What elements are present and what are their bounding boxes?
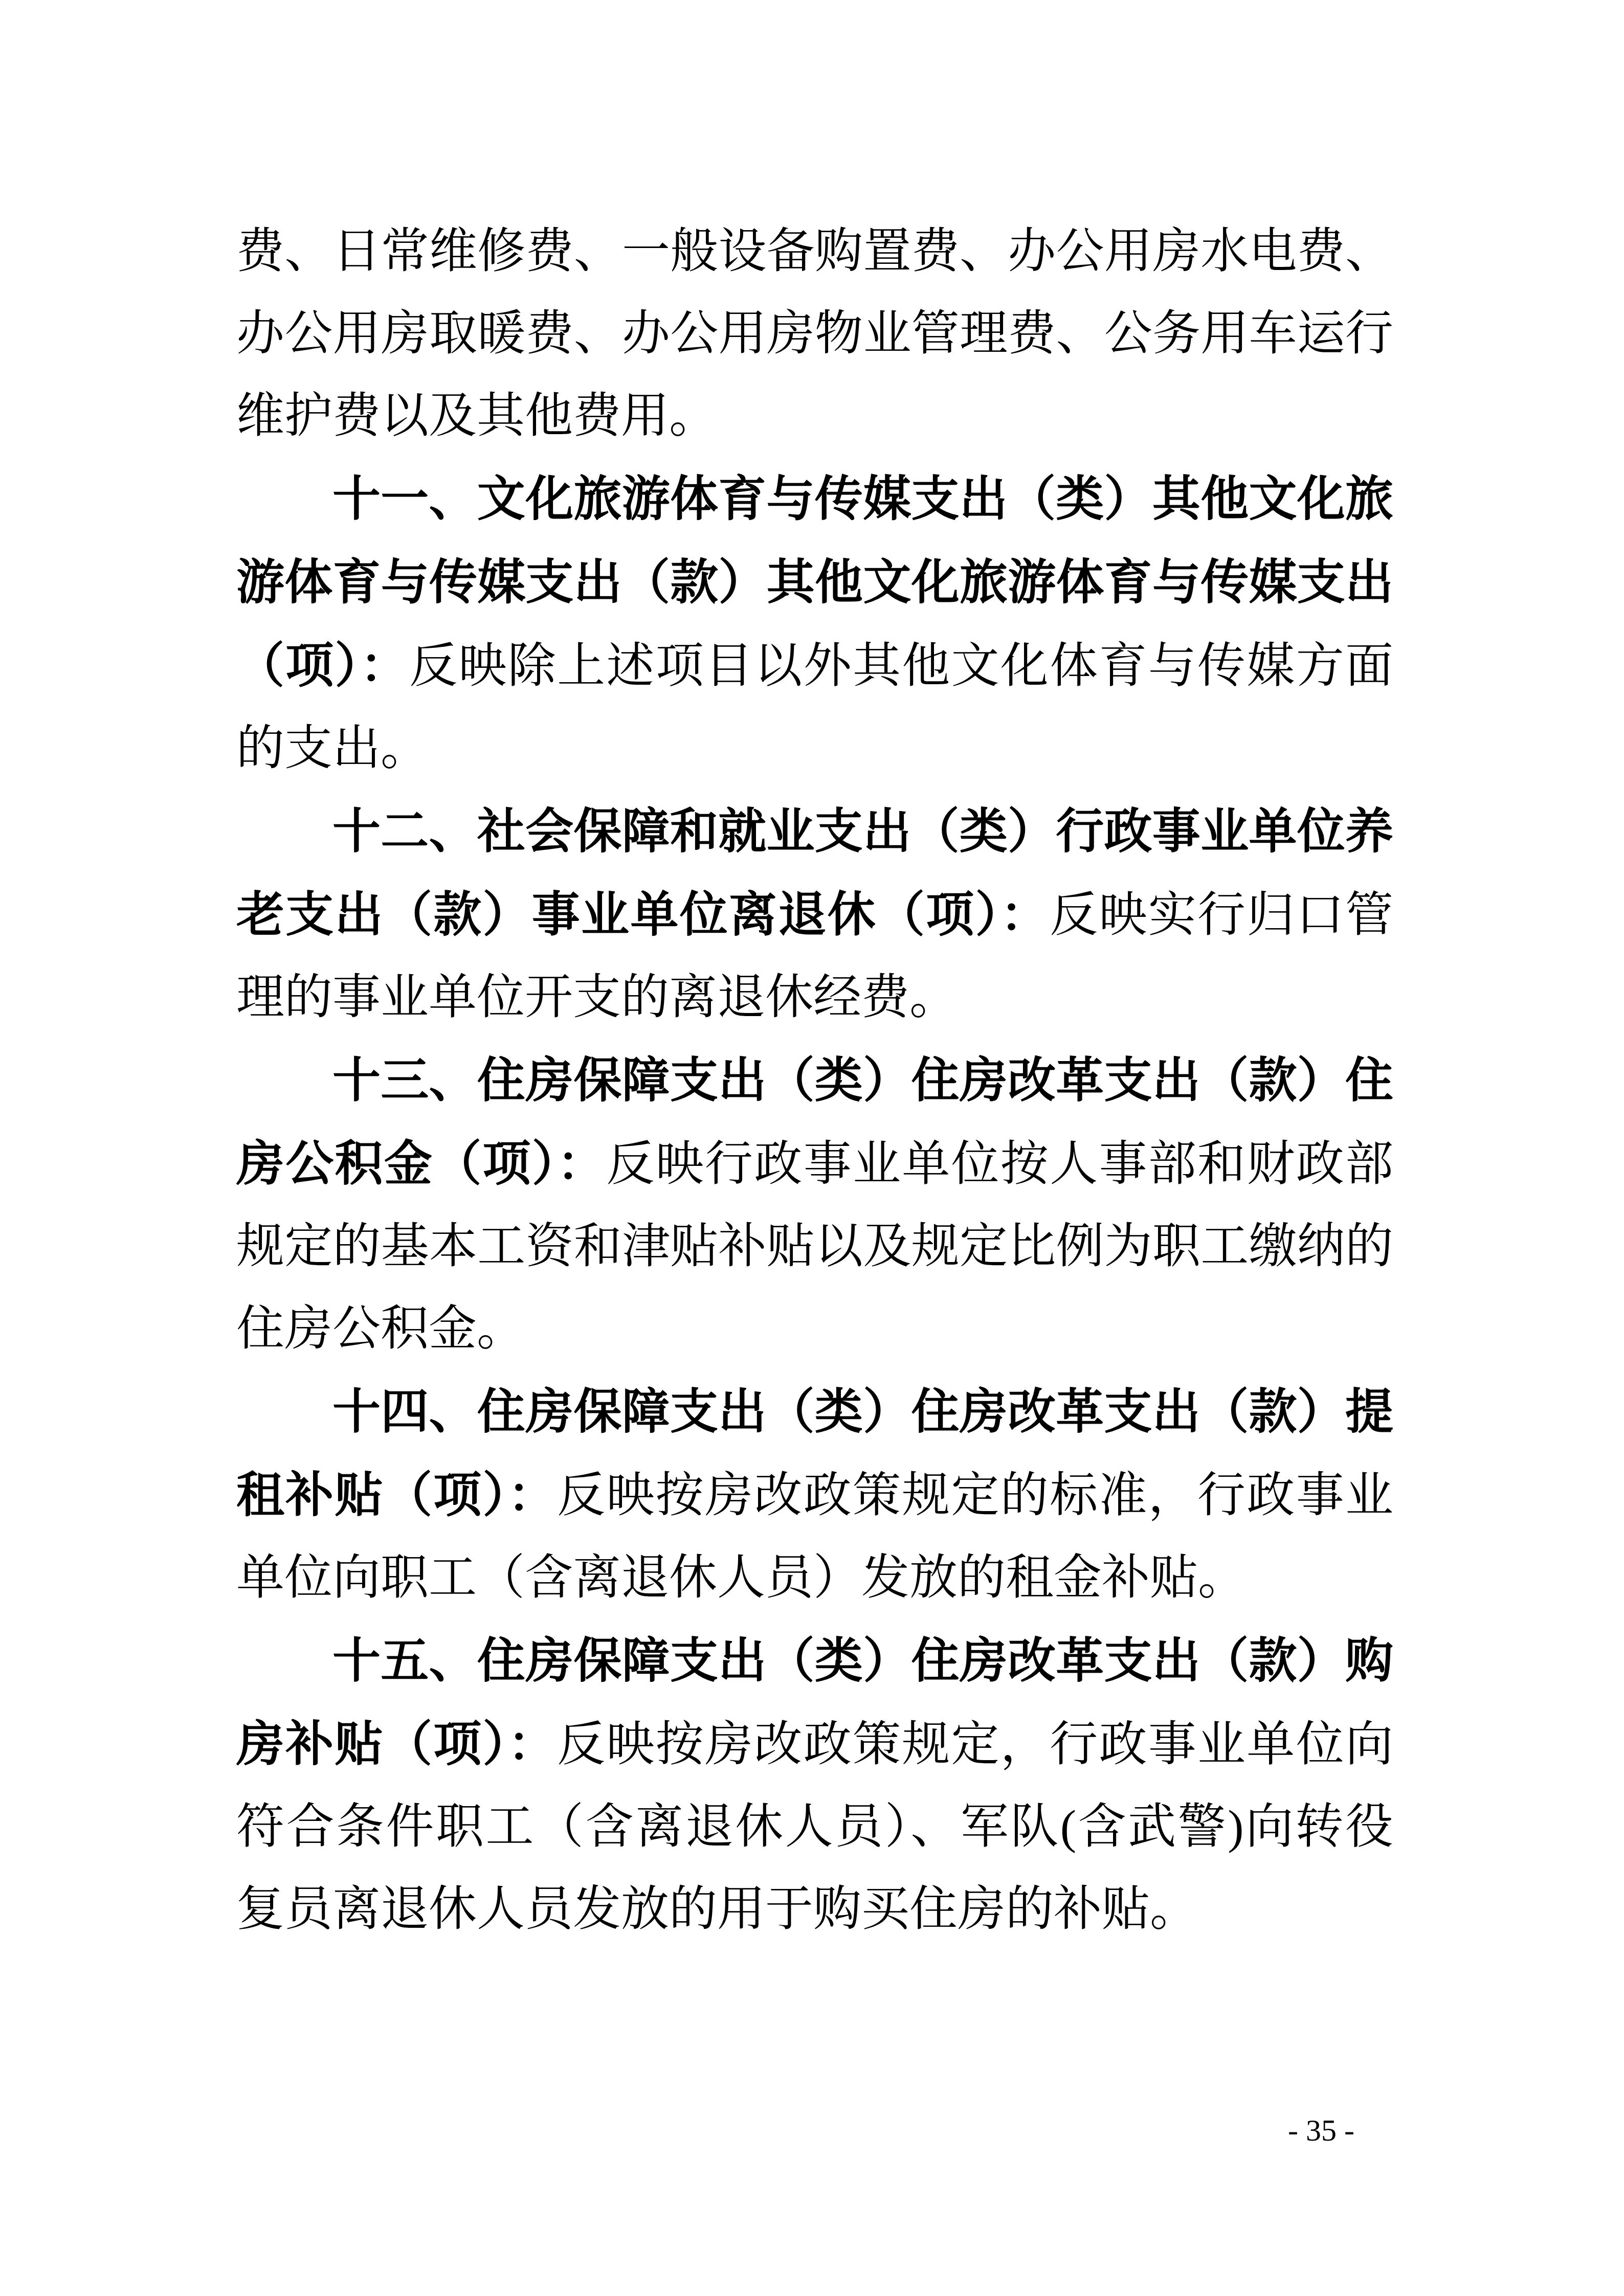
paragraph-item-11: 十一、文化旅游体育与传媒支出（类）其他文化旅游体育与传媒支出（款）其他文化旅游体…	[236, 458, 1393, 790]
text-block: 费、日常维修费、一般设备购置费、办公用房水电费、办公用房取暖费、办公用房物业管理…	[236, 210, 1393, 1951]
document-page: 费、日常维修费、一般设备购置费、办公用房水电费、办公用房取暖费、办公用房物业管理…	[0, 0, 1624, 2296]
paragraph-item-15: 十五、住房保障支出（类）住房改革支出（款）购房补贴（项）：反映按房改政策规定，行…	[236, 1619, 1393, 1951]
paragraph-item-14: 十四、住房保障支出（类）住房改革支出（款）提租补贴（项）：反映按房改政策规定的标…	[236, 1370, 1393, 1619]
paragraph-item-12: 十二、社会保障和就业支出（类）行政事业单位养老支出（款）事业单位离退休（项）：反…	[236, 790, 1393, 1039]
paragraph-body: 反映除上述项目以外其他文化体育与传媒方面的支出。	[236, 640, 1393, 775]
paragraph-continuation: 费、日常维修费、一般设备购置费、办公用房水电费、办公用房取暖费、办公用房物业管理…	[236, 210, 1393, 458]
paragraph-item-13: 十三、住房保障支出（类）住房改革支出（款）住房公积金（项）：反映行政事业单位按人…	[236, 1039, 1393, 1370]
page-number: - 35 -	[1288, 2112, 1354, 2149]
paragraph-body: 费、日常维修费、一般设备购置费、办公用房水电费、办公用房取暖费、办公用房物业管理…	[236, 225, 1393, 443]
